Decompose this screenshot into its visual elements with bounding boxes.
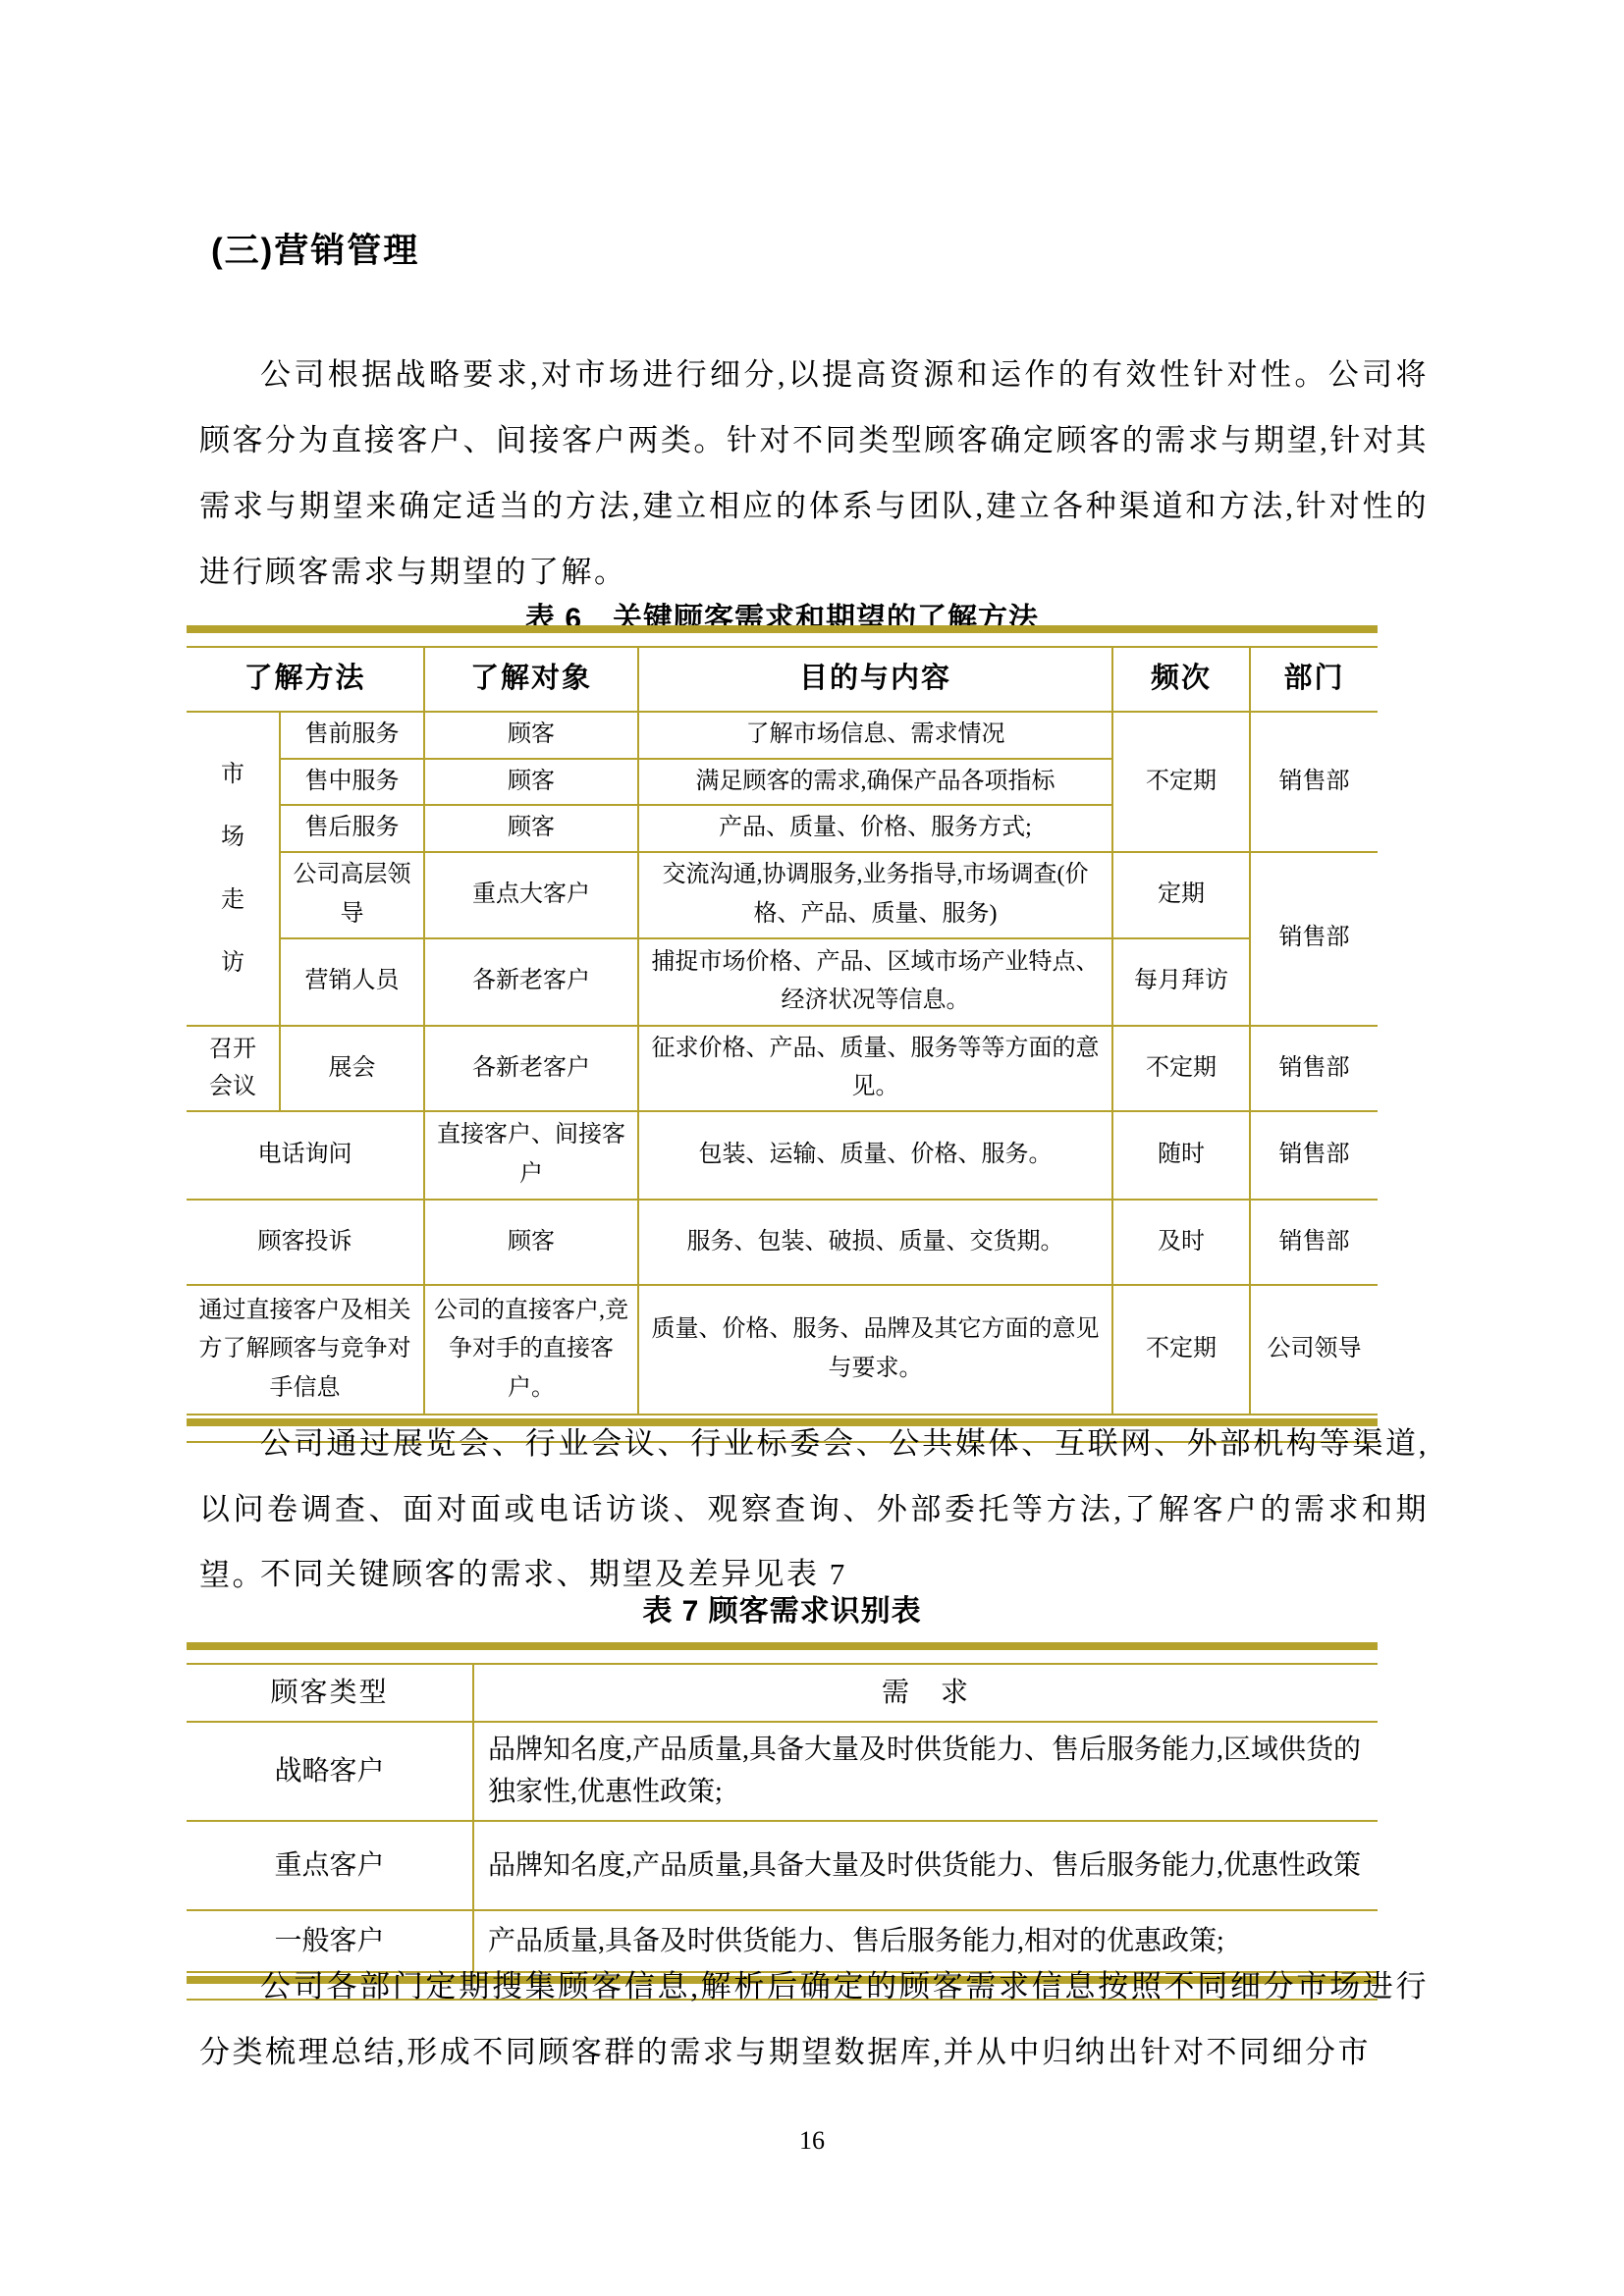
cell-purpose: 产品、质量、价格、服务方式;	[638, 805, 1112, 852]
cell-customer-type: 重点客户	[187, 1821, 473, 1910]
col-header-purpose: 目的与内容	[638, 648, 1112, 712]
cell-frequency: 不定期	[1112, 1285, 1250, 1415]
table-row: 市场走访 售前服务 顾客 了解市场信息、需求情况 不定期 销售部	[187, 712, 1378, 759]
paragraph-closing: 公司各部门定期搜集顾客信息,解析后确定的顾客需求信息按照不同细分市场进行分类梳理…	[199, 1953, 1429, 2085]
table-row: 通过直接客户及相关方了解顾客与竞争对手信息 公司的直接客户,竞争对手的直接客户。…	[187, 1285, 1378, 1415]
table-row: 重点客户 品牌知名度,产品质量,具备大量及时供货能力、售后服务能力,优惠性政策	[187, 1821, 1378, 1910]
cell-department: 销售部	[1250, 1026, 1378, 1111]
cell-target: 各新老客户	[424, 938, 638, 1026]
col-header-frequency: 频次	[1112, 648, 1250, 712]
cell-purpose: 满足顾客的需求,确保产品各项指标	[638, 759, 1112, 806]
page-number: 16	[0, 2126, 1624, 2156]
cell-category: 市场走访	[187, 712, 280, 1026]
cell-method: 售中服务	[280, 759, 424, 806]
cell-frequency: 不定期	[1112, 712, 1250, 852]
cell-customer-type: 战略客户	[187, 1722, 473, 1821]
cell-target: 重点大客户	[424, 852, 638, 938]
cell-method: 公司高层领导	[280, 852, 424, 938]
col-header-department: 部门	[1250, 648, 1378, 712]
table-row: 电话询问 直接客户、间接客户 包装、运输、质量、价格、服务。 随时 销售部	[187, 1111, 1378, 1200]
cell-department: 销售部	[1250, 852, 1378, 1026]
cell-target: 直接客户、间接客户	[424, 1111, 638, 1200]
cell-method: 通过直接客户及相关方了解顾客与竞争对手信息	[187, 1285, 424, 1415]
cell-method: 顾客投诉	[187, 1200, 424, 1285]
col-header-need: 需 求	[473, 1665, 1378, 1722]
two-line-label: 召开会议	[204, 1031, 261, 1106]
table6-top-rule	[187, 625, 1378, 648]
paragraph-intro: 公司根据战略要求,对市场进行细分,以提高资源和运作的有效性针对性。公司将顾客分为…	[199, 342, 1429, 605]
document-page: (三)营销管理 公司根据战略要求,对市场进行细分,以提高资源和运作的有效性针对性…	[0, 0, 1624, 2296]
cell-method: 售前服务	[280, 712, 424, 759]
cell-purpose: 了解市场信息、需求情况	[638, 712, 1112, 759]
cell-need: 品牌知名度,产品质量,具备大量及时供货能力、售后服务能力,区域供货的独家性,优惠…	[473, 1722, 1378, 1821]
table6-wrapper: 了解方法 了解对象 目的与内容 频次 部门 市场走访 售前服务 顾客 了解市场信…	[187, 625, 1378, 1443]
table7: 顾客类型 需 求 战略客户 品牌知名度,产品质量,具备大量及时供货能力、售后服务…	[187, 1665, 1378, 1973]
table-row: 营销人员 各新老客户 捕捉市场价格、产品、区域市场产业特点、经济状况等信息。 每…	[187, 938, 1378, 1026]
cell-method: 展会	[280, 1026, 424, 1111]
col-header-customer-type: 顾客类型	[187, 1665, 473, 1722]
cell-method: 电话询问	[187, 1111, 424, 1200]
cell-target: 顾客	[424, 712, 638, 759]
table-row: 战略客户 品牌知名度,产品质量,具备大量及时供货能力、售后服务能力,区域供货的独…	[187, 1722, 1378, 1821]
cell-method: 售后服务	[280, 805, 424, 852]
table-row: 召开会议 展会 各新老客户 征求价格、产品、质量、服务等等方面的意见。 不定期 …	[187, 1026, 1378, 1111]
cell-purpose: 质量、价格、服务、品牌及其它方面的意见与要求。	[638, 1285, 1112, 1415]
cell-purpose: 服务、包装、破损、质量、交货期。	[638, 1200, 1112, 1285]
cell-purpose: 捕捉市场价格、产品、区域市场产业特点、经济状况等信息。	[638, 938, 1112, 1026]
cell-purpose: 征求价格、产品、质量、服务等等方面的意见。	[638, 1026, 1112, 1111]
table6-header-row: 了解方法 了解对象 目的与内容 频次 部门	[187, 648, 1378, 712]
cell-method: 营销人员	[280, 938, 424, 1026]
cell-purpose: 包装、运输、质量、价格、服务。	[638, 1111, 1112, 1200]
vertical-label: 市场走访	[217, 743, 247, 994]
cell-department: 公司领导	[1250, 1285, 1378, 1415]
table-row: 顾客投诉 顾客 服务、包装、破损、质量、交货期。 及时 销售部	[187, 1200, 1378, 1285]
cell-frequency: 随时	[1112, 1111, 1250, 1200]
cell-department: 销售部	[1250, 1111, 1378, 1200]
table7-header-row: 顾客类型 需 求	[187, 1665, 1378, 1722]
table7-wrapper: 顾客类型 需 求 战略客户 品牌知名度,产品质量,具备大量及时供货能力、售后服务…	[187, 1642, 1378, 2001]
cell-frequency: 每月拜访	[1112, 938, 1250, 1026]
cell-department: 销售部	[1250, 712, 1378, 852]
table6: 了解方法 了解对象 目的与内容 频次 部门 市场走访 售前服务 顾客 了解市场信…	[187, 648, 1378, 1415]
cell-frequency: 及时	[1112, 1200, 1250, 1285]
section-heading: (三)营销管理	[211, 224, 419, 273]
cell-frequency: 不定期	[1112, 1026, 1250, 1111]
cell-target: 顾客	[424, 759, 638, 806]
cell-target: 公司的直接客户,竞争对手的直接客户。	[424, 1285, 638, 1415]
col-header-method: 了解方法	[187, 648, 424, 712]
cell-target: 顾客	[424, 805, 638, 852]
cell-purpose: 交流沟通,协调服务,业务指导,市场调查(价格、产品、质量、服务)	[638, 852, 1112, 938]
table7-caption: 表 7 顾客需求识别表	[187, 1586, 1378, 1629]
cell-target: 各新老客户	[424, 1026, 638, 1111]
cell-department: 销售部	[1250, 1200, 1378, 1285]
table-row: 公司高层领导 重点大客户 交流沟通,协调服务,业务指导,市场调查(价格、产品、质…	[187, 852, 1378, 938]
cell-frequency: 定期	[1112, 852, 1250, 938]
col-header-target: 了解对象	[424, 648, 638, 712]
cell-need: 品牌知名度,产品质量,具备大量及时供货能力、售后服务能力,优惠性政策	[473, 1821, 1378, 1910]
table7-top-rule	[187, 1642, 1378, 1665]
cell-target: 顾客	[424, 1200, 638, 1285]
cell-category: 召开会议	[187, 1026, 280, 1111]
